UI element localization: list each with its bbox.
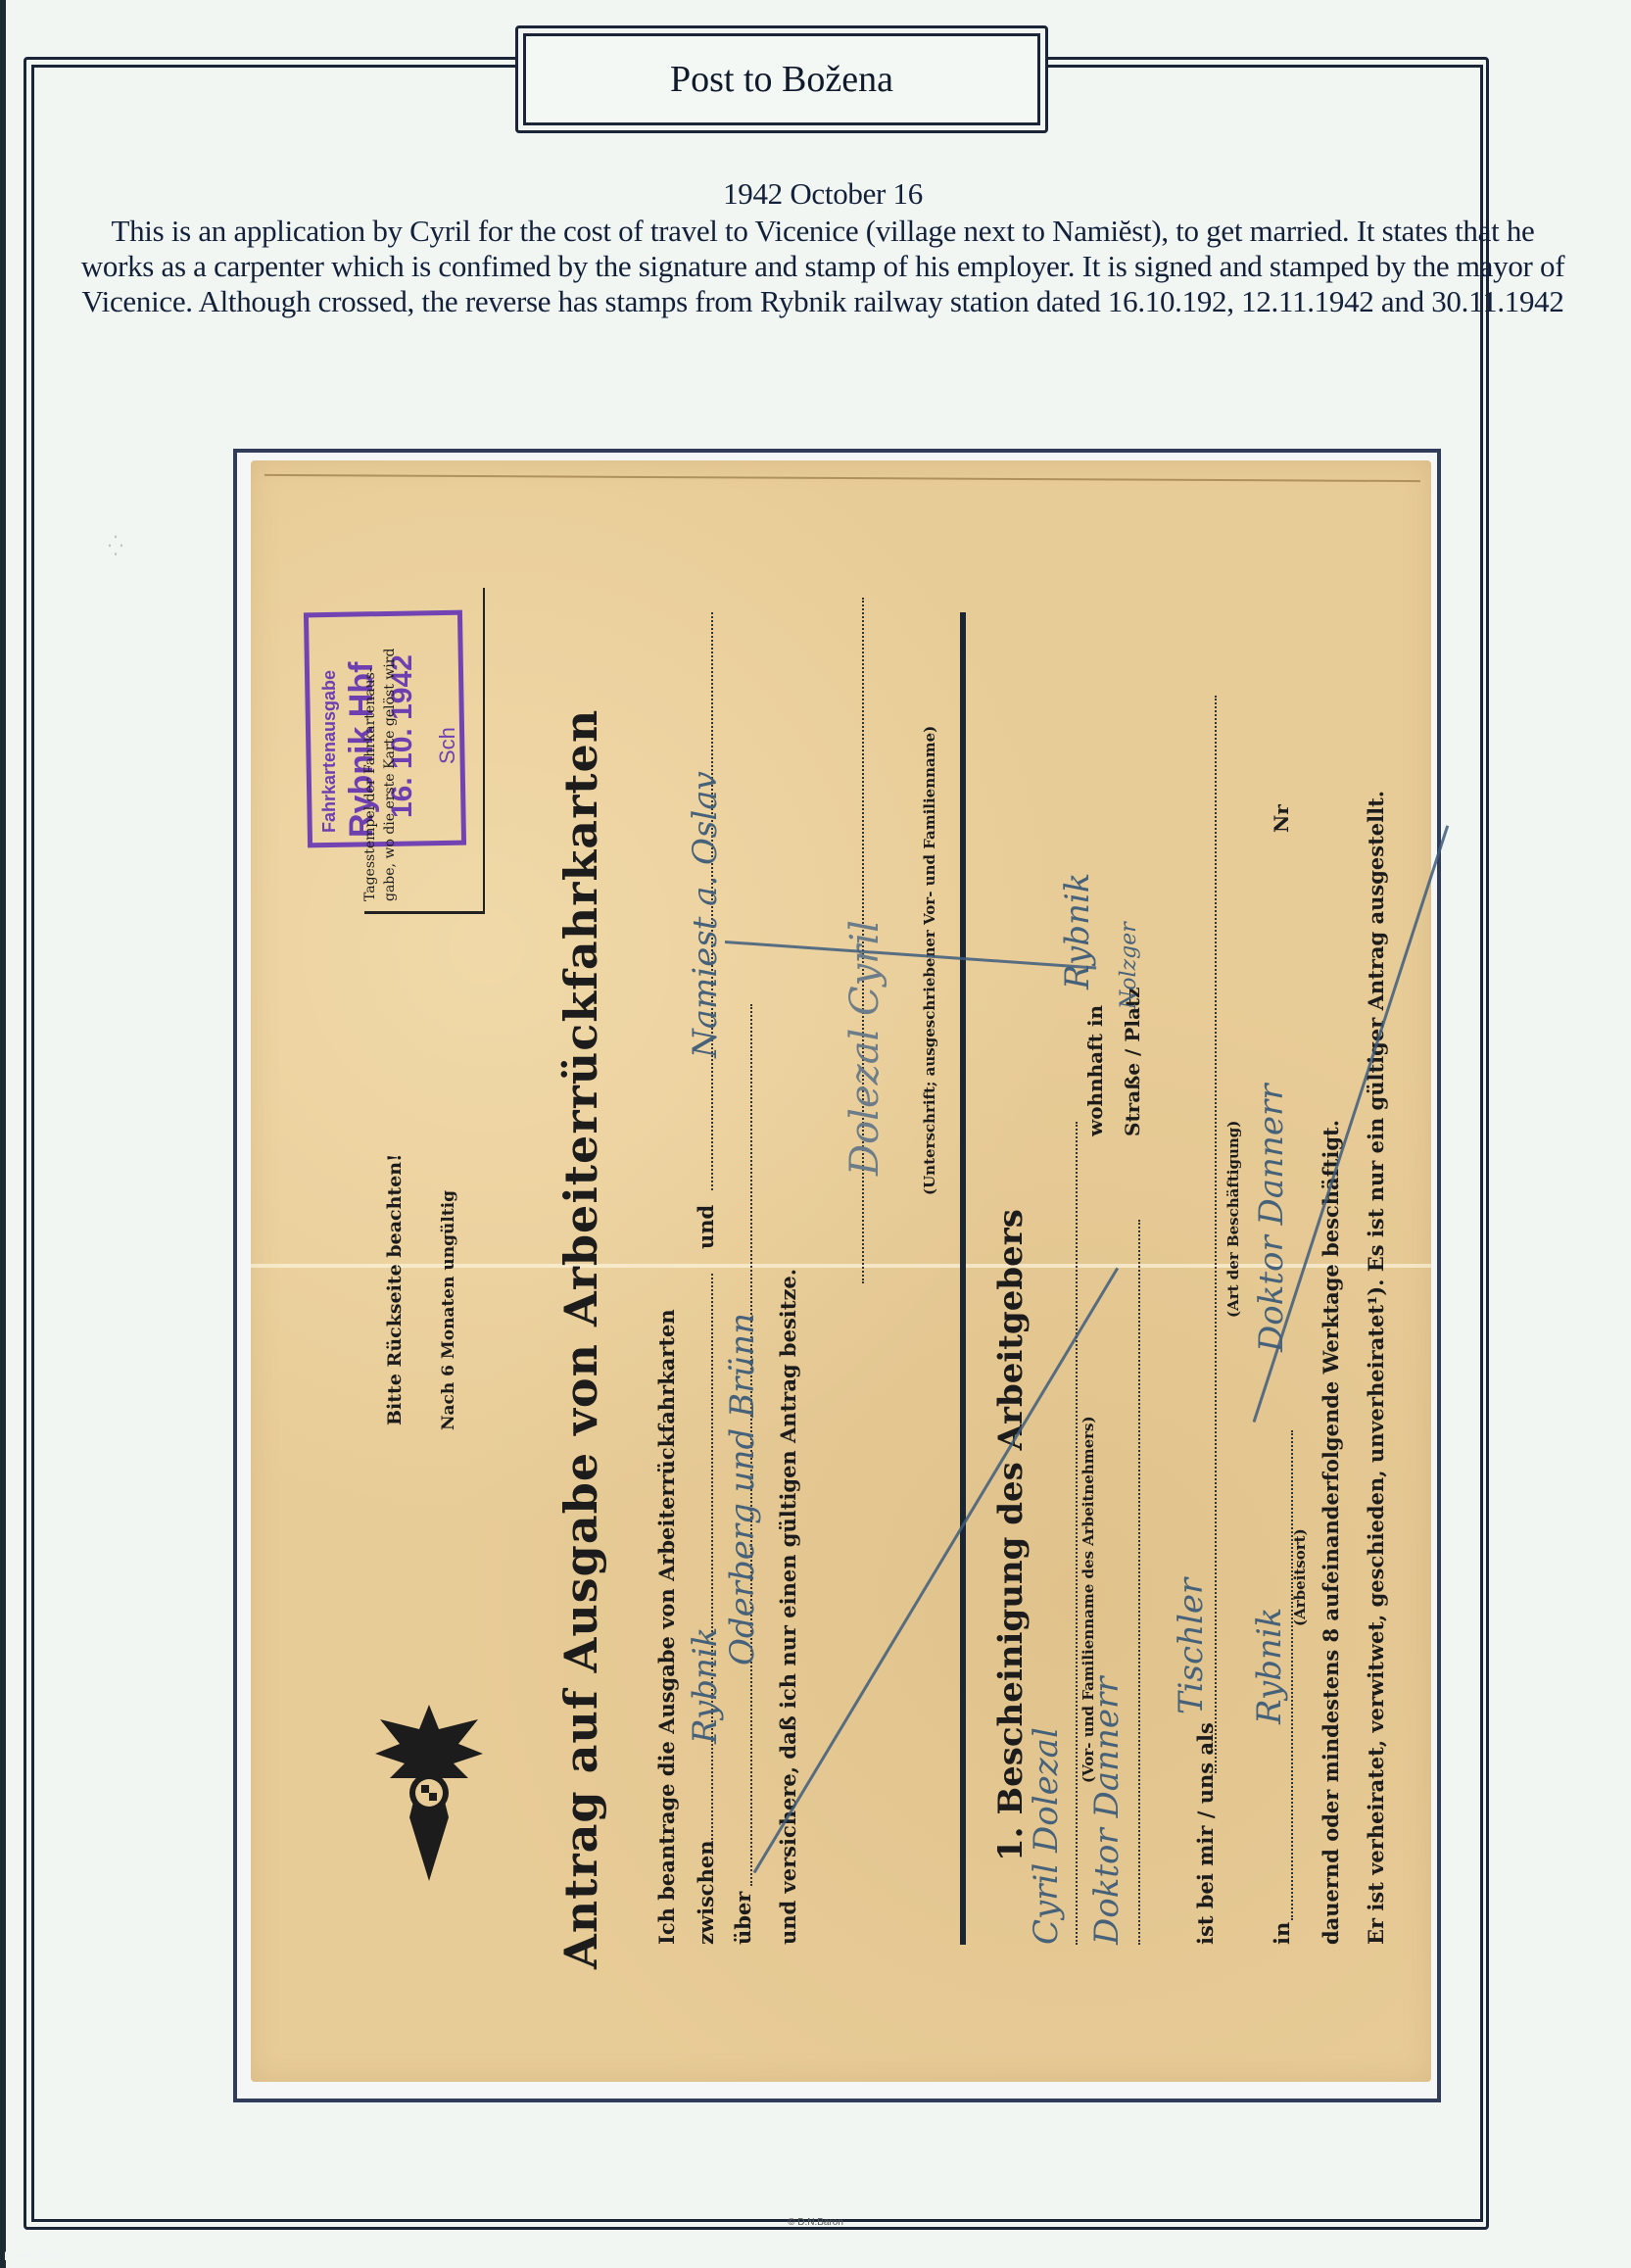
between-label: zwischen [694,1841,718,1946]
place-employer-value[interactable]: Doktor Dannerr [1252,1085,1291,1352]
and-value[interactable]: Namiest a. Oslav [686,771,725,1058]
notice-see-reverse: Bitte Rückseite beachten! [384,1154,406,1425]
between-dotline [711,1274,713,1852]
marital-text: Er ist verheiratet, verwitwet, geschiede… [1364,791,1388,1945]
title-box: Post to Božena [523,33,1040,125]
stamp-caption-2: gabe, wo die erste Karte gelöst wird [382,649,398,901]
description-text: This is an application by Cyril for the … [81,214,1564,318]
stamp-line1: Fahrkartenausgabe [319,670,340,833]
stamp-initials: Sch [435,727,460,764]
applicant-signature[interactable]: Dolezal Cyril [842,920,887,1176]
place-dotline [1291,1430,1293,1920]
eagle-emblem-icon [370,1700,488,1886]
job-dotline [1215,696,1217,1773]
signature-caption: (Unterschrift; ausgeschriebener Vor- und… [921,726,938,1195]
form-title: Antrag auf Ausgabe von Arbeiterrückfahrk… [554,709,607,1969]
residence-label: wohnhaft in [1083,1005,1107,1136]
job-caption: (Art der Beschäftigung) [1224,1121,1242,1318]
place-label: in [1270,1922,1294,1945]
stamp-caption-1: Tagesstempel der Fahrkartenaus- [362,667,378,901]
job-value[interactable]: Tischler [1172,1578,1211,1714]
stamp-area-divider-horizontal [364,911,485,914]
via-value[interactable]: Oderberg und Brünn [723,1313,762,1665]
watermark: Derek Baron [4,2249,70,2263]
nr-label: Nr [1270,804,1293,833]
and-label: und [694,1205,718,1249]
section-divider [960,612,966,1945]
street-value[interactable]: Nolzger [1117,922,1141,1009]
assurance-text: und versichere, daß ich nur einen gültig… [776,1269,800,1945]
application-intro: Ich beantrage die Ausgabe von Arbeiterrü… [654,1309,679,1945]
duration-text: dauernd oder mindestens 8 aufeinanderfol… [1319,1120,1343,1945]
scan-mark: ⁛ [108,534,123,558]
page-title: Post to Božena [670,58,893,101]
place-value[interactable]: Rybnik [1250,1608,1289,1724]
employer-value[interactable]: Doktor Dannerr [1087,1677,1127,1945]
description-block: 1942 October 16 This is an application b… [78,176,1567,319]
stamp-area-divider-vertical [483,588,485,911]
residence-value[interactable]: Rybnik [1058,873,1097,989]
employer-dotline [1138,1220,1140,1945]
worker-name[interactable]: Cyril Dolezal [1027,1727,1066,1945]
street-label: Straße / Platz [1121,987,1144,1136]
document-date: 1942 October 16 [78,176,1567,212]
left-edge-strip [0,0,6,2268]
copyright-notice: © D.N.Baron [0,2217,1631,2228]
worker-dotline [1076,1122,1078,1945]
between-value[interactable]: Rybnik [686,1627,725,1744]
notice-validity: Nach 6 Monaten ungültig [439,1190,458,1430]
employer-section-heading: 1. Bescheinigung des Arbeitgebers [991,1209,1031,1861]
place-caption: (Arbeitsort) [1291,1528,1309,1626]
via-label: über [731,1892,755,1945]
